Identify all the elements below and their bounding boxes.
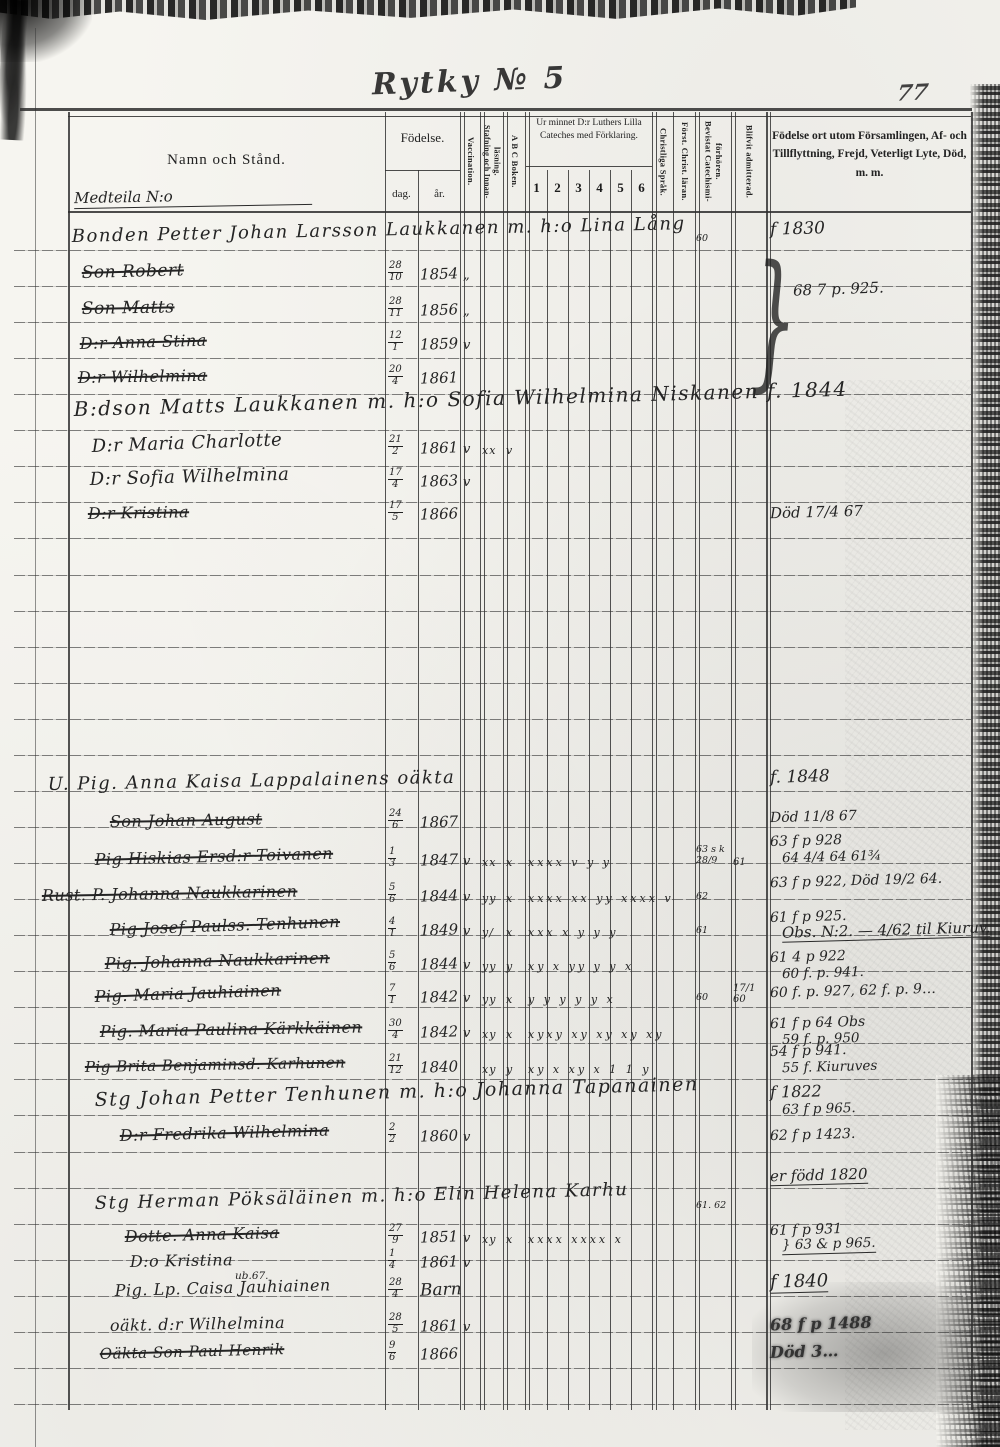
abc-book-mark: x xyxy=(506,994,512,1005)
header-margin-note-handwritten: Medteila N:o xyxy=(74,185,312,209)
entry-name: D:r Maria Charlotte xyxy=(91,431,282,456)
admitted-note: 17/1 60 xyxy=(733,983,767,1005)
birth-year: 1861 xyxy=(420,1318,459,1334)
entry-name: oäkt. d:r Wilhelmina xyxy=(110,1315,286,1334)
table-row: oäkt. d:r Wilhelmina2851861v68 f p 1488 xyxy=(0,1306,1000,1336)
remarks-note: Död 11/8 67 xyxy=(770,809,857,825)
birth-day: 175 xyxy=(388,501,403,523)
table-row: D:r Kristina1751866Död 17/4 67 xyxy=(0,494,1000,524)
entry-superscript-note: ub.67. xyxy=(235,1271,269,1282)
grid-line-row xyxy=(14,647,971,648)
spelling-mark: xy xyxy=(482,1064,496,1075)
birth-year: 1844 xyxy=(420,956,459,972)
remarks-note: 62 f p 1423. xyxy=(770,1127,856,1143)
abc-book-mark: x xyxy=(506,927,512,938)
abc-book-mark: y xyxy=(506,961,512,972)
catechism-column-number: 3 xyxy=(568,180,589,196)
table-row: D:r Fredrika Wilhelmina221860v62 f p 142… xyxy=(0,1116,1000,1146)
attended-examinations-note: 60 xyxy=(696,993,732,1004)
spelling-mark: xx xyxy=(482,445,496,456)
entry-name: Pig Hiskias Ersd:r Toivanen xyxy=(95,846,334,868)
birth-year: 1866 xyxy=(420,1346,459,1362)
abc-book-mark: x xyxy=(506,857,512,868)
table-row: Pig Josef Paulss. Tenhunen411849vy/xxxx … xyxy=(0,910,1000,940)
entry-name: D:o Kristina xyxy=(130,1252,234,1270)
entry-name: D:r Fredrika Wilhelmina xyxy=(120,1123,330,1144)
grid-line-horizontal xyxy=(20,108,972,111)
column-header-name: Namn och Stånd. xyxy=(68,152,385,169)
remarks-note-second-line: 63 f p 965. xyxy=(782,1102,856,1117)
birth-year: 1859 xyxy=(420,336,459,352)
table-row: U. Pig. Anna Kaisa Lappalainens oäktaf. … xyxy=(0,766,1000,796)
birth-year: 1842 xyxy=(420,989,459,1005)
birth-year: 1863 xyxy=(420,473,459,489)
grid-line-row xyxy=(14,322,971,323)
birth-year: 1842 xyxy=(420,1024,459,1040)
birth-year: 1861 xyxy=(420,370,459,386)
column-header-catechism: Ur minnet D:r Luthers Lilla Cateches med… xyxy=(526,117,652,144)
table-row: Son Johan August2461867Död 11/8 67 xyxy=(0,802,1000,832)
catechism-marks: y y y y y x xyxy=(528,994,616,1005)
attended-examinations-note: 61. 62 xyxy=(696,1201,732,1212)
grid-line-row xyxy=(14,1404,971,1405)
table-row: Pig Brita Benjaminsd. Karhunen21121840xy… xyxy=(0,1047,1000,1077)
entry-name: D:r Wilhelmina xyxy=(78,368,208,386)
vaccination-mark: v xyxy=(463,476,470,489)
birth-day: 41 xyxy=(388,917,396,939)
birth-year: 1844 xyxy=(420,888,459,904)
entry-name: Son Johan August xyxy=(110,811,263,830)
table-row: B:dson Matts Laukkanen m. h:o Sofia Wilh… xyxy=(0,391,1000,421)
abc-book-mark: x xyxy=(506,893,512,904)
birth-year: 1849 xyxy=(420,922,459,938)
birth-day: 2112 xyxy=(388,1054,403,1076)
remarks-note: 63 f p 928 xyxy=(770,833,842,849)
catechism-column-number: 5 xyxy=(610,180,631,196)
spelling-mark: yy xyxy=(482,994,496,1005)
birth-day: 96 xyxy=(388,1341,396,1363)
birth-year: Barn xyxy=(420,1281,462,1299)
attended-examinations-note: 60 xyxy=(696,234,732,245)
table-row: Pig Hiskias Ersd:r Toivanen131847vxxxxxx… xyxy=(0,840,1000,870)
birth-year: 1861 xyxy=(420,1254,459,1270)
birth-day: 212 xyxy=(388,435,403,457)
grid-line-row xyxy=(14,755,971,756)
birth-day: 71 xyxy=(388,984,396,1006)
spelling-mark: y/ xyxy=(482,927,494,938)
grid-line-row xyxy=(14,538,971,539)
entry-name: Pig. Johanna Naukkarinen xyxy=(105,950,330,972)
birth-year: 1860 xyxy=(420,1128,459,1144)
remarks-note: Död 3… xyxy=(770,1343,839,1361)
remarks-note: f 1840 xyxy=(770,1272,829,1294)
admitted-note: 61 xyxy=(733,857,767,868)
table-row: Rust. P. Johanna Naukkarinen561844vyyxxx… xyxy=(0,876,1000,906)
abc-book-mark: v xyxy=(506,445,512,456)
column-header-birth-day: dag. xyxy=(386,188,417,200)
vaccination-mark: v xyxy=(463,1257,470,1270)
catechism-marks: xxxx xx yy xxxx v xyxy=(528,893,674,904)
birth-day: 285 xyxy=(388,1313,403,1335)
entry-name: Rust. P. Johanna Naukkarinen xyxy=(42,884,298,904)
catechism-marks: xyxy xy xy xy xy xyxy=(528,1029,665,1040)
grouping-brace: } xyxy=(750,236,797,404)
spelling-mark: xy xyxy=(482,1029,496,1040)
grid-line-horizontal xyxy=(68,211,971,213)
grid-line-row xyxy=(14,611,971,612)
entry-name: D:r Anna Stina xyxy=(80,333,207,352)
birth-day: 2811 xyxy=(388,297,403,319)
birth-day: 204 xyxy=(388,365,403,387)
birth-year: 1856 xyxy=(420,302,459,318)
abc-book-mark: y xyxy=(506,1064,512,1075)
birth-year: 1847 xyxy=(420,852,459,868)
catechism-column-number: 4 xyxy=(589,180,610,196)
spelling-mark: yy xyxy=(482,961,496,972)
birth-day: 56 xyxy=(388,951,396,973)
catechism-marks: xy x xy x 1 1 y xyxy=(528,1064,651,1075)
spelling-mark: xx xyxy=(482,857,496,868)
catechism-column-number: 2 xyxy=(547,180,568,196)
page-title-handwritten: Rytky № 5 xyxy=(371,61,567,103)
birth-day: 22 xyxy=(388,1123,396,1145)
remarks-note: 68 f p 1488 xyxy=(770,1315,872,1334)
table-row: D:r Anna Stina1211859v xyxy=(0,324,1000,354)
vaccination-mark: „ xyxy=(463,305,470,318)
ink-blot-left-margin xyxy=(0,0,32,141)
page-number-handwritten: 77 xyxy=(895,79,930,107)
birth-year: 1840 xyxy=(420,1059,459,1075)
birth-day: 246 xyxy=(388,809,403,831)
column-header-remarks: Födelse ort utom Församlingen, Af- och T… xyxy=(768,127,971,182)
birth-day: 14 xyxy=(388,1249,396,1271)
remarks-note: Död 17/4 67 xyxy=(770,504,863,521)
entry-name: Pig Brita Benjaminsd. Karhunen xyxy=(85,1055,346,1075)
birth-year: 1861 xyxy=(420,440,459,456)
table-row: D:r Wilhelmina2041861 xyxy=(0,358,1000,388)
entry-name: U. Pig. Anna Kaisa Lappalainens oäkta xyxy=(48,769,456,794)
spelling-mark: yy xyxy=(482,893,496,904)
entry-name: Pig. Maria Jauhiainen xyxy=(94,982,281,1005)
entry-name: D:r Sofia Wilhelmina xyxy=(90,466,290,489)
entry-name: Bonden Petter Johan Larsson Laukkanen m.… xyxy=(72,215,686,246)
entry-name: D:r Kristina xyxy=(88,504,190,522)
remarks-note: er född 1820 xyxy=(770,1167,868,1187)
grid-line-row xyxy=(14,1368,971,1369)
birth-day: 56 xyxy=(388,883,396,905)
birth-year: 1867 xyxy=(420,814,459,830)
table-row: Pig. Johanna Naukkarinen561844vyyyxy x y… xyxy=(0,944,1000,974)
birth-day: 174 xyxy=(388,468,403,490)
remarks-note-second-line: Obs. N:2. — 4/62 til Kiuruv. xyxy=(782,920,991,942)
remarks-note: 61 f p 64 Obs xyxy=(770,1015,866,1031)
remarks-note: f. 1848 xyxy=(770,768,830,787)
remarks-note: 63 f p 922, Död 19/2 64. xyxy=(770,872,942,891)
birth-year: 1854 xyxy=(420,266,459,282)
column-header-birth: Födelse. xyxy=(385,130,460,146)
attended-examinations-note: 63 s k 28/9 xyxy=(696,845,732,867)
vaccination-mark: v xyxy=(463,443,470,456)
entry-name: Pig. Lp. Caisa Jauhiainen xyxy=(115,1277,331,1299)
column-header-first-christian-doctrine: Först. Christ. läran. xyxy=(674,114,695,209)
vaccination-mark: v xyxy=(463,1027,470,1040)
entry-name: Pig Josef Paulss. Tenhunen xyxy=(109,914,340,938)
vaccination-mark: v xyxy=(463,339,470,352)
birth-day: 2810 xyxy=(388,261,403,283)
table-row: Oäkta Son Paul Henrik961866Död 3… xyxy=(0,1334,1000,1364)
vaccination-mark: v xyxy=(463,959,470,972)
vaccination-mark: v xyxy=(463,1131,470,1144)
remarks-note-second-line: 64 4/4 64 61¾ xyxy=(782,849,882,865)
remarks-note: f 1822 xyxy=(770,1083,822,1100)
column-header-birth-year: år. xyxy=(419,188,460,200)
scan-noise-top-edge xyxy=(0,0,856,21)
remarks-note: 54 f p 941. xyxy=(770,1043,847,1059)
vaccination-mark: v xyxy=(463,855,470,868)
grid-line-horizontal xyxy=(526,166,652,167)
catechism-marks: xxx x y y y xyxy=(528,927,618,938)
birth-day: 13 xyxy=(388,847,396,869)
table-row: Stg Johan Petter Tenhunen m. h:o Johanna… xyxy=(0,1082,1000,1112)
table-row: D:r Sofia Wilhelmina1741863v xyxy=(0,461,1000,491)
attended-examinations-note: 62 xyxy=(696,892,732,903)
entry-name: Stg Johan Petter Tenhunen m. h:o Johanna… xyxy=(95,1075,699,1110)
birth-day: 284 xyxy=(388,1278,403,1300)
abc-book-mark: x xyxy=(506,1029,512,1040)
table-row: Pig. Lp. Caisa Jauhiainenub.67.284Barnf … xyxy=(0,1271,1000,1301)
vaccination-mark: v xyxy=(463,992,470,1005)
remarks-note-second-line: 55 f. Kiuruves xyxy=(782,1059,878,1075)
birth-day: 304 xyxy=(388,1019,403,1041)
table-row: D:r Maria Charlotte2121861vxxv xyxy=(0,428,1000,458)
grid-line-row xyxy=(14,250,971,251)
attended-examinations-note: 61 xyxy=(696,926,732,937)
column-header-admitted: Blifvit admitterad. xyxy=(732,114,766,209)
vaccination-mark: v xyxy=(463,925,470,938)
entry-name: Stg Herman Pöksäläinen m. h:o Elin Helen… xyxy=(95,1181,629,1213)
entry-name: Son Matts xyxy=(82,299,175,318)
vaccination-mark: v xyxy=(463,1321,470,1334)
column-header-attended-examinations: Bevistat Catechismi-förhören. xyxy=(696,114,731,209)
table-row: Bonden Petter Johan Larsson Laukkanen m.… xyxy=(0,218,1000,248)
grid-line-horizontal xyxy=(385,170,460,171)
grid-line-row xyxy=(14,1007,971,1008)
vaccination-mark: „ xyxy=(463,269,470,282)
table-row: D:o Kristina141861v xyxy=(0,1242,1000,1272)
catechism-marks: xxxx v y y xyxy=(528,857,612,868)
birth-year: 1866 xyxy=(420,506,459,522)
birth-day: 121 xyxy=(388,331,403,353)
entry-name: Pig. Maria Paulina Kärkkäinen xyxy=(100,1019,363,1040)
grid-line-row xyxy=(14,719,971,720)
entry-name: Oäkta Son Paul Henrik xyxy=(100,1342,285,1362)
grid-line-row xyxy=(14,575,971,576)
remarks-note: 61 4 p 922 xyxy=(770,949,846,965)
vaccination-mark: v xyxy=(463,891,470,904)
catechism-marks: xy x yy y y x xyxy=(528,961,634,972)
table-row: Pig. Maria Jauhiainen711842vyyxy y y y y… xyxy=(0,977,1000,1007)
grid-line-row xyxy=(14,1152,971,1153)
grid-line-horizontal xyxy=(68,116,971,117)
table-row: Pig. Maria Paulina Kärkkäinen3041842vxyx… xyxy=(0,1012,1000,1042)
catechism-column-number: 6 xyxy=(631,180,652,196)
remarks-note: 60 f. p. 927, 62 f. p. 9… xyxy=(770,982,936,1000)
entry-name: Son Robert xyxy=(82,262,185,282)
scanned-document-page: Rytky № 5 77 Medteila N:o Namn och Stånd… xyxy=(0,0,1000,1447)
grid-line-row xyxy=(14,683,971,684)
table-row: Stg Herman Pöksäläinen m. h:o Elin Helen… xyxy=(0,1185,1000,1215)
brace-note-handwritten: 68 7 p. 925. xyxy=(793,278,884,299)
